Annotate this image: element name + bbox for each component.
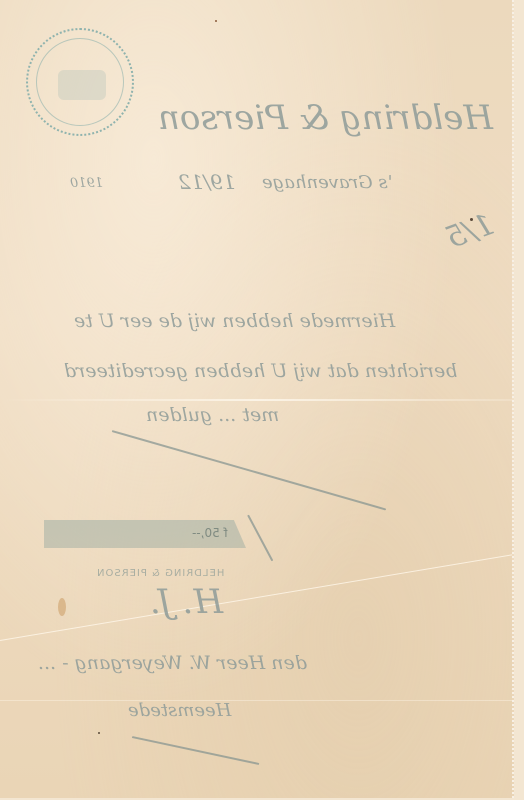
pen-stroke — [132, 736, 260, 765]
dateline-place: 's Gravenhage — [262, 172, 393, 193]
body-line-1: Hiermede hebben wij de eer U te — [74, 310, 395, 332]
seal-stamp — [26, 28, 134, 136]
speck — [215, 20, 217, 22]
address-line-2: Heemstede — [128, 700, 231, 721]
body-line-2: berichten dat wij U hebben gecrediteerd — [64, 360, 457, 382]
seal-emblem — [58, 70, 106, 100]
address-line-1: den Heer W. Weyergang - ... — [38, 652, 307, 674]
firm-stamp-line: HELDRING & PIERSON — [96, 568, 224, 579]
fold-line — [0, 399, 514, 401]
document-page: Heldring & Pierson 1910 19/12 's Gravenh… — [0, 0, 514, 798]
speck — [470, 218, 473, 221]
stain — [58, 598, 66, 616]
signature: H. J. — [150, 582, 223, 622]
crease-line — [0, 700, 514, 701]
crease-line — [0, 554, 513, 641]
dateline-year: 1910 — [70, 176, 103, 191]
margin-mark: 1/5 — [441, 207, 498, 256]
body-line-3: met ... gulden — [146, 404, 279, 426]
letterhead-firm: Heldring & Pierson — [158, 98, 493, 138]
amount-stamp-box: f 50,-- — [44, 520, 246, 548]
pen-stroke — [112, 430, 387, 510]
dateline-date: 19/12 — [178, 170, 236, 194]
pen-stroke — [247, 515, 273, 562]
speck — [98, 732, 100, 734]
